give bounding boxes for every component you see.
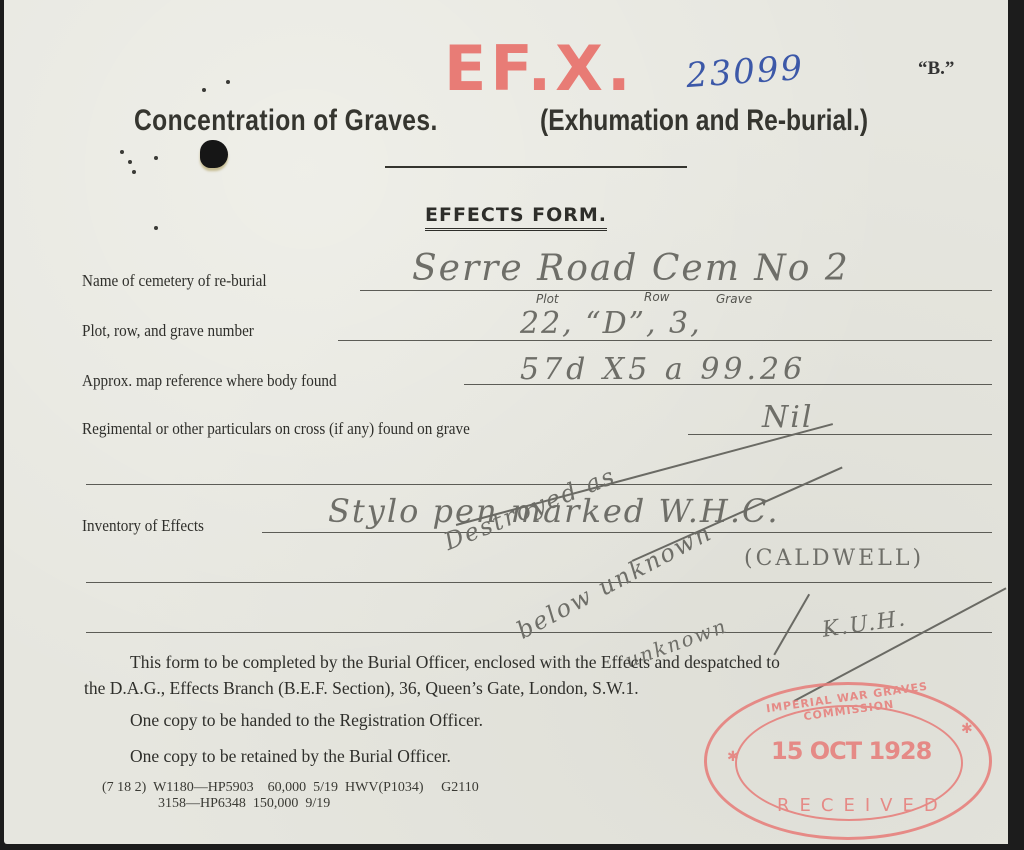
field-value-cemetery: Serre Road Cem No 2 bbox=[412, 248, 850, 289]
inventory-line-2 bbox=[86, 582, 992, 583]
speck bbox=[154, 226, 158, 230]
speck bbox=[226, 80, 230, 84]
punch-hole bbox=[200, 140, 228, 168]
field-value-plot: 22, “D”, 3, bbox=[520, 306, 702, 341]
speck bbox=[154, 156, 158, 160]
speck bbox=[120, 150, 124, 154]
title-divider bbox=[385, 166, 687, 168]
instruction-line-1: This form to be completed by the Burial … bbox=[130, 652, 780, 673]
effects-form-heading: EFFECTS FORM. bbox=[425, 204, 607, 231]
document-title: Concentration of Graves. bbox=[134, 104, 438, 138]
annotation-row: Row bbox=[644, 290, 670, 304]
instruction-copy-registration: One copy to be handed to the Registratio… bbox=[130, 710, 483, 731]
star-icon: ✱ bbox=[727, 749, 739, 766]
document-subtitle: (Exhumation and Re-burial.) bbox=[540, 104, 868, 138]
field-line-inventory bbox=[262, 532, 992, 533]
annotation-plot: Plot bbox=[536, 292, 559, 306]
instruction-line-2: the D.A.G., Effects Branch (B.E.F. Secti… bbox=[84, 678, 639, 699]
field-line-cemetery bbox=[360, 290, 992, 291]
form-letter: “B.” bbox=[918, 58, 954, 80]
field-label-map-reference: Approx. map reference where body found bbox=[82, 371, 337, 391]
print-code-line-2: 3158—HP6348 150,000 9/19 bbox=[102, 796, 330, 812]
print-code-line-1: (7 18 2) W1180—HP5903 60,000 5/19 HWV(P1… bbox=[102, 780, 479, 796]
reference-number: 23099 bbox=[685, 48, 806, 96]
handwritten-initials: K.U.H. bbox=[821, 606, 909, 643]
ef-x-stamp: EF.X. bbox=[444, 38, 635, 100]
field-label-regimental: Regimental or other particulars on cross… bbox=[82, 419, 470, 439]
instruction-copy-retained: One copy to be retained by the Burial Of… bbox=[130, 746, 451, 767]
field-label-inventory: Inventory of Effects bbox=[82, 516, 204, 536]
speck bbox=[128, 160, 132, 164]
handwritten-note-caldwell: (CALDWELL) bbox=[744, 546, 924, 571]
field-value-map-reference: 57d X5 a 99.26 bbox=[520, 352, 806, 387]
field-label-cemetery: Name of cemetery of re-burial bbox=[82, 271, 267, 291]
star-icon: ✱ bbox=[961, 721, 973, 738]
received-stamp-date: 15 OCT 1928 bbox=[771, 737, 931, 765]
field-label-plot: Plot, row, and grave number bbox=[82, 321, 254, 341]
field-line-regimental bbox=[688, 434, 992, 435]
field-line-continuation bbox=[86, 484, 992, 485]
received-stamp-label: RECEIVED bbox=[777, 795, 927, 816]
speck bbox=[202, 88, 206, 92]
pencil-stroke-check bbox=[773, 594, 809, 655]
effects-form-document: EF.X. 23099 “B.” Concentration of Graves… bbox=[4, 0, 1008, 844]
received-stamp: IMPERIAL WAR GRAVES COMMISSION 15 OCT 19… bbox=[704, 682, 992, 840]
speck bbox=[132, 170, 136, 174]
annotation-grave: Grave bbox=[716, 292, 752, 306]
